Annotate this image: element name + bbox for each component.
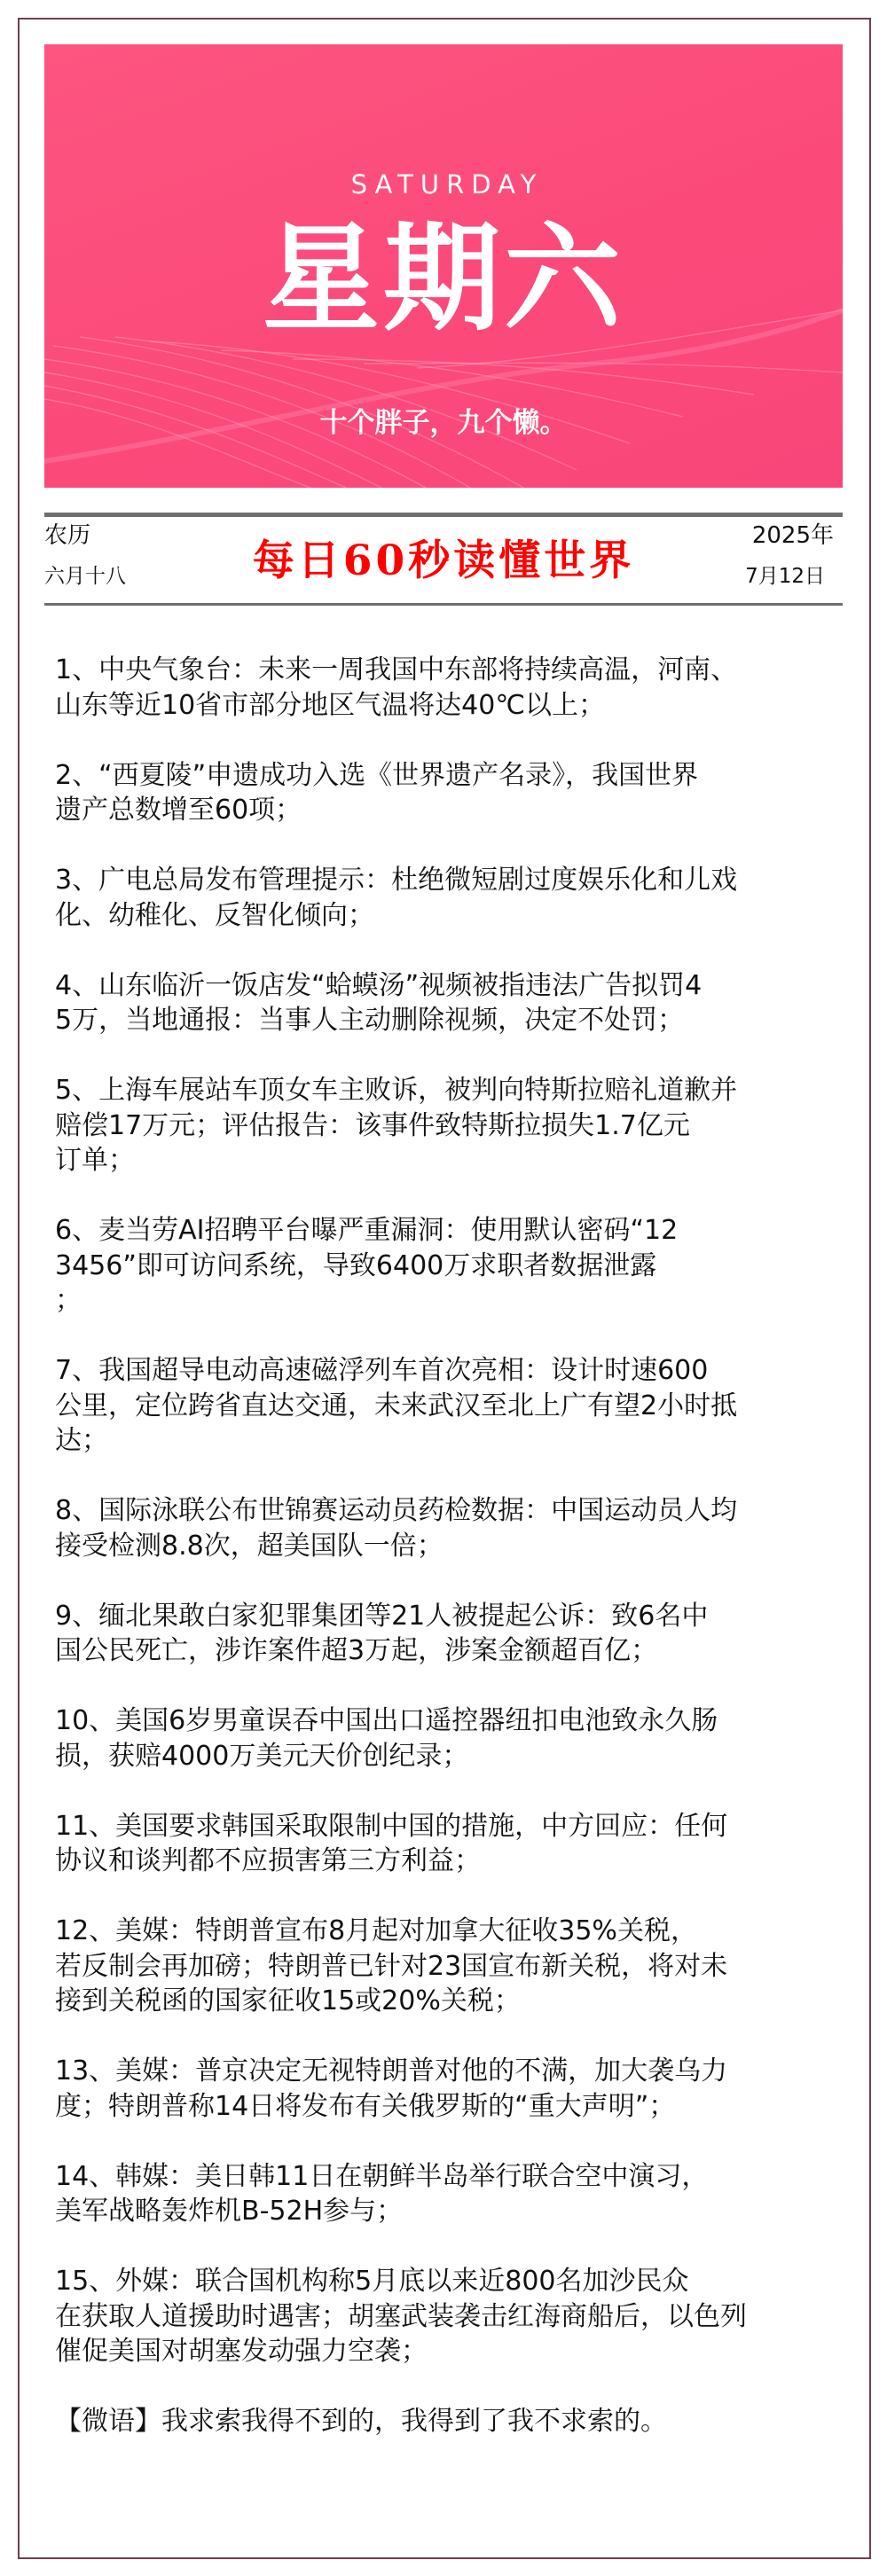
news-line: 度；特朗普称14日将发布有关俄罗斯的“重大声明”； xyxy=(55,2089,853,2125)
news-item-15: 15、外媒：联合国机构称5月底以来近800名加沙民众 在获取人道援助时遇害；胡塞… xyxy=(55,2264,853,2369)
news-line: 8、国际泳联公布世锦赛运动员药检数据：中国运动员人均 xyxy=(55,1493,853,1529)
proverb: 十个胖子，九个懒。 xyxy=(44,400,843,440)
year: 2025年 xyxy=(752,522,834,549)
news-line: 6、麦当劳AI招聘平台曝严重漏洞：使用默认密码“12 xyxy=(55,1213,853,1249)
news-item-3: 3、广电总局发布管理提示：杜绝微短剧过度娱乐化和儿戏 化、幼稚化、反智化倾向； xyxy=(55,863,853,933)
news-line: 协议和谈判都不应损害第三方利益； xyxy=(55,1844,853,1879)
month-day: 7月12日 xyxy=(745,563,825,590)
news-line: 化、幼稚化、反智化倾向； xyxy=(55,898,853,934)
weekday-english: SATURDAY xyxy=(44,169,843,200)
news-line: 山东等近10省市部分地区气温将达40℃以上； xyxy=(55,688,853,724)
news-line: 4、山东临沂一饭店发“蛤蟆汤”视频被指违法广告拟罚4 xyxy=(55,968,853,1004)
news-item-12: 12、美媒：特朗普宣布8月起对加拿大征收35%关税， 若反制会再加磅；特朗普已针… xyxy=(55,1914,853,2019)
news-line: 美军战略轰炸机B-52H参与； xyxy=(55,2194,853,2229)
news-item-13: 13、美媒：普京决定无视特朗普对他的不满，加大袭乌力 度；特朗普称14日将发布有… xyxy=(55,2054,853,2124)
news-line: 14、韩媒：美日韩11日在朝鲜半岛举行联合空中演习， xyxy=(55,2159,853,2195)
news-line: 13、美媒：普京决定无视特朗普对他的不满，加大袭乌力 xyxy=(55,2054,853,2089)
news-line: 2、“西夏陵”申遗成功入选《世界遗产名录》，我国世界 xyxy=(55,758,853,794)
news-line: 3、广电总局发布管理提示：杜绝微短剧过度娱乐化和儿戏 xyxy=(55,863,853,898)
weiyu-text: 【微语】我求索我得不到的，我得到了我不求索的。 xyxy=(55,2404,853,2439)
news-line: 公里，定位跨省直达交通，未来武汉至北上广有望2小时抵 xyxy=(55,1389,853,1424)
weekday-chinese: 星期六 xyxy=(44,204,843,355)
news-line: 若反制会再加磅；特朗普已针对23国宣布新关税，将对未 xyxy=(55,1949,853,1985)
news-line: 11、美国要求韩国采取限制中国的措施，中方回应：任何 xyxy=(55,1809,853,1844)
page-title: 每日60秒读懂世界 xyxy=(44,536,843,586)
news-line: 12、美媒：特朗普宣布8月起对加拿大征收35%关税， xyxy=(55,1914,853,1949)
news-line: 接到关税函的国家征收15或20%关税； xyxy=(55,1984,853,2019)
news-line: 催促美国对胡塞发动强力空袭； xyxy=(55,2334,853,2369)
news-line: 接受检测8.8次，超美国队一倍； xyxy=(55,1529,853,1564)
news-item-4: 4、山东临沂一饭店发“蛤蟆汤”视频被指违法广告拟罚4 5万，当地通报：当事人主动… xyxy=(55,968,853,1038)
news-line: 5万，当地通报：当事人主动删除视频，决定不处罚； xyxy=(55,1003,853,1038)
news-line: 在获取人道援助时遇害；胡塞武装袭击红海商船后，以色列 xyxy=(55,2299,853,2335)
news-item-6: 6、麦当劳AI招聘平台曝严重漏洞：使用默认密码“12 3456”即可访问系统，导… xyxy=(55,1213,853,1319)
news-line: 9、缅北果敢白家犯罪集团等21人被提起公诉：致6名中 xyxy=(55,1599,853,1634)
news-item-14: 14、韩媒：美日韩11日在朝鲜半岛举行联合空中演习， 美军战略轰炸机B-52H参… xyxy=(55,2159,853,2229)
news-line: ； xyxy=(55,1283,853,1319)
news-line: 10、美国6岁男童误吞中国出口遥控器纽扣电池致永久肠 xyxy=(55,1703,853,1739)
weiyu-quote: 【微语】我求索我得不到的，我得到了我不求索的。 xyxy=(55,2404,853,2439)
news-item-5: 5、上海车展站车顶女车主败诉，被判向特斯拉赔礼道歉并 赔偿17万元；评估报告：该… xyxy=(55,1073,853,1178)
news-line: 7、我国超导电动高速磁浮列车首次亮相：设计时速600 xyxy=(55,1353,853,1389)
news-item-8: 8、国际泳联公布世锦赛运动员药检数据：中国运动员人均 接受检测8.8次，超美国队… xyxy=(55,1493,853,1563)
news-item-2: 2、“西夏陵”申遗成功入选《世界遗产名录》，我国世界 遗产总数增至60项； xyxy=(55,758,853,828)
news-item-7: 7、我国超导电动高速磁浮列车首次亮相：设计时速600 公里，定位跨省直达交通，未… xyxy=(55,1353,853,1459)
news-item-1: 1、中央气象台：未来一周我国中东部将持续高温，河南、 山东等近10省市部分地区气… xyxy=(55,653,853,723)
news-line: 国公民死亡，涉诈案件超3万起，涉案金额超百亿； xyxy=(55,1633,853,1669)
news-line: 损，获赔4000万美元天价创纪录； xyxy=(55,1739,853,1774)
news-line: 15、外媒：联合国机构称5月底以来近800名加沙民众 xyxy=(55,2264,853,2299)
news-list: 1、中央气象台：未来一周我国中东部将持续高温，河南、 山东等近10省市部分地区气… xyxy=(55,653,853,2474)
date-header: 农历 六月十八 每日60秒读懂世界 2025年 7月12日 xyxy=(44,513,843,606)
news-line: 遗产总数增至60项； xyxy=(55,793,853,828)
news-line: 达； xyxy=(55,1423,853,1459)
news-item-9: 9、缅北果敢白家犯罪集团等21人被提起公诉：致6名中 国公民死亡，涉诈案件超3万… xyxy=(55,1599,853,1669)
news-item-11: 11、美国要求韩国采取限制中国的措施，中方回应：任何 协议和谈判都不应损害第三方… xyxy=(55,1809,853,1879)
news-line: 订单； xyxy=(55,1143,853,1178)
news-line: 3456”即可访问系统，导致6400万求职者数据泄露 xyxy=(55,1249,853,1284)
news-line: 5、上海车展站车顶女车主败诉，被判向特斯拉赔礼道歉并 xyxy=(55,1073,853,1108)
hero-banner: SATURDAY 星期六 十个胖子，九个懒。 xyxy=(44,44,843,488)
news-line: 赔偿17万元；评估报告：该事件致特斯拉损失1.7亿元 xyxy=(55,1108,853,1144)
news-item-10: 10、美国6岁男童误吞中国出口遥控器纽扣电池致永久肠 损，获赔4000万美元天价… xyxy=(55,1703,853,1773)
news-line: 1、中央气象台：未来一周我国中东部将持续高温，河南、 xyxy=(55,653,853,688)
